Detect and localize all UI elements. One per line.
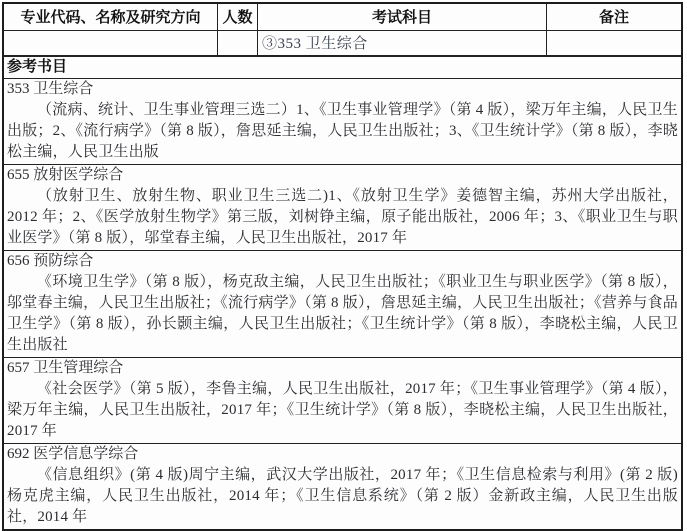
section-books: 《社会医学》（第 5 版），李鲁主编，人民卫生出版社，2017 年；《卫生事业管… [7,379,678,442]
section-books: 《环境卫生学》（第 8 版），杨克敌主编，人民卫生出版社；《职业卫生与职业医学》… [7,272,678,356]
exam-reference-table: 专业代码、名称及研究方向 人数 考试科目 备注 ③353 卫生综合 参考书目 3… [2,2,683,531]
section-books: 《信息组织》(第 4 版)周宁主编，武汉大学出版社，2017 年；《卫生信息检索… [7,465,678,528]
reference-section-692: 692 医学信息学综合 《信息组织》(第 4 版)周宁主编，武汉大学出版社，20… [4,444,681,529]
section-heading: 353 卫生综合 [7,79,678,100]
col-header-major-code: 专业代码、名称及研究方向 [4,4,218,30]
reference-section-655: 655 放射医学综合 （放射卫生、放射生物、职业卫生三选二)1、《放射卫生学》姜… [4,165,681,251]
col-header-count: 人数 [218,4,258,30]
reference-section-657: 657 卫生管理综合 《社会医学》（第 5 版），李鲁主编，人民卫生出版社，20… [4,358,681,444]
col-header-exam-subjects: 考试科目 [258,4,547,30]
table-header-row: 专业代码、名称及研究方向 人数 考试科目 备注 [4,4,681,31]
section-books: （放射卫生、放射生物、职业卫生三选二)1、《放射卫生学》姜德智主编，苏州大学出版… [7,186,678,249]
count-cell [218,31,258,55]
section-heading: 692 医学信息学综合 [7,444,678,465]
section-heading: 657 卫生管理综合 [7,358,678,379]
note-cell [547,31,681,55]
section-books: （流病、统计、卫生事业管理三选二）1、《卫生事业管理学》（第 4 版），梁万年主… [7,100,678,163]
exam-subject-cell: ③353 卫生综合 [258,31,547,55]
section-heading: 655 放射医学综合 [7,165,678,186]
section-heading: 656 预防综合 [7,251,678,272]
col-header-notes: 备注 [547,4,681,30]
major-code-cell [4,31,218,55]
table-row: ③353 卫生综合 [4,31,681,57]
reference-books-title: 参考书目 [4,57,681,79]
reference-section-656: 656 预防综合 《环境卫生学》（第 8 版），杨克敌主编，人民卫生出版社；《职… [4,251,681,358]
reference-section-353: 353 卫生综合 （流病、统计、卫生事业管理三选二）1、《卫生事业管理学》（第 … [4,79,681,165]
